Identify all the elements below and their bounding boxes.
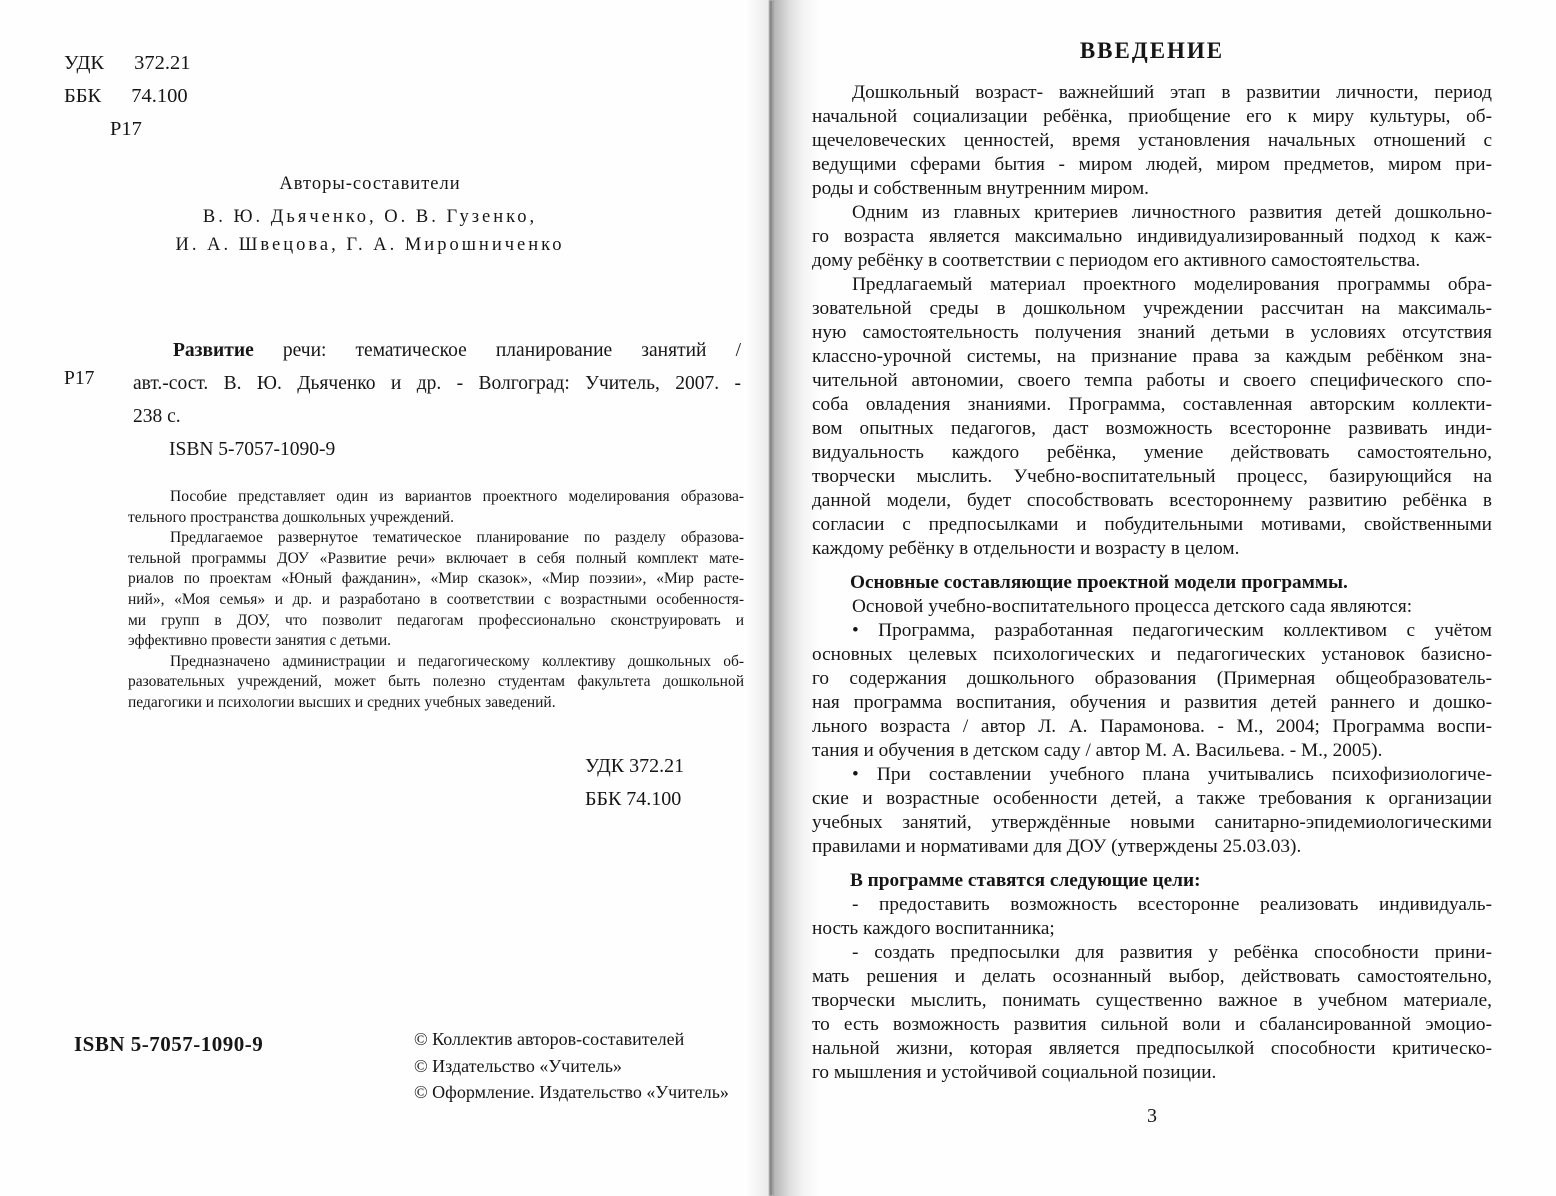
text-line: нальной жизни, которая является предпосы… bbox=[812, 1037, 1492, 1061]
annotation-paragraph-2: Предлагаемое развернутое тематическое пл… bbox=[128, 528, 744, 652]
text-line: Пособие представляет один из вариантов п… bbox=[128, 487, 744, 508]
text-line: ведущими сферами бытия - миром людей, ми… bbox=[812, 153, 1492, 177]
authors-line-2: И. А. Швецова, Г. А. Мирошниченко bbox=[60, 231, 680, 259]
text-line: щечеловеческих ценностей, время установл… bbox=[812, 129, 1492, 153]
text-line: творчески мыслить. Учебно-воспитательный… bbox=[812, 465, 1492, 489]
intro-paragraph-3: Предлагаемый материал проектного моделир… bbox=[812, 273, 1492, 561]
scanned-book-spread: УДК 372.21 ББК 74.100 Р17 Авторы-состави… bbox=[0, 0, 1556, 1196]
text-line: го содержания дошкольного образования (П… bbox=[812, 667, 1492, 691]
goal-paragraph-1: - предоставить возможность всесторонне р… bbox=[812, 893, 1492, 941]
classification-codes: УДК 372.21 ББК 74.100 Р17 bbox=[64, 52, 190, 151]
authors-block: Авторы-составители В. Ю. Дьяченко, О. В.… bbox=[60, 174, 680, 259]
text-line: ная программа воспитания, обучения и раз… bbox=[812, 691, 1492, 715]
text-line: Предназначено администрации и педагогиче… bbox=[128, 652, 744, 673]
text-line: творчески мыслить, понимать существенно … bbox=[812, 989, 1492, 1013]
gutter-shade-left bbox=[746, 0, 769, 1196]
intro-paragraph-2: Одним из главных критериев личностного р… bbox=[812, 201, 1492, 273]
text-line: льного возраста / автор Л. А. Парамонова… bbox=[812, 715, 1492, 739]
isbn-footer: ISBN 5-7057-1090-9 bbox=[74, 1032, 263, 1057]
bbk-value: 74.100 bbox=[131, 85, 187, 108]
biblio-title-bold: Развитие bbox=[173, 340, 254, 361]
biblio-margin-code: Р17 bbox=[64, 368, 94, 390]
text-line: Одним из главных критериев личностного р… bbox=[812, 201, 1492, 225]
udk-value: 372.21 bbox=[134, 52, 190, 75]
text-line: чительной автономии, своего темпа работы… bbox=[812, 369, 1492, 393]
copyright-block: © Коллектив авторов-составителей © Издат… bbox=[414, 1026, 729, 1106]
intro-paragraph-4: Основой учебно-воспитательного процесса … bbox=[812, 595, 1492, 619]
annotation-paragraph-3: Предназначено администрации и педагогиче… bbox=[128, 652, 744, 714]
text-line: • Программа, разработанная педагогически… bbox=[812, 619, 1492, 643]
text-line: зовательной среды в дошкольном учреждени… bbox=[812, 297, 1492, 321]
book-code: Р17 bbox=[110, 118, 142, 141]
text-line: педагогики и психологии высших и средних… bbox=[128, 693, 744, 714]
text-line: то есть возможность развития сильной вол… bbox=[812, 1013, 1492, 1037]
biblio-line-1: Развитие речи: тематическое планирование… bbox=[133, 334, 741, 367]
udk-footer-line-2: ББК 74.100 bbox=[585, 783, 684, 816]
page-title: ВВЕДЕНИЕ bbox=[812, 38, 1492, 64]
text-line: тельного пространства дошкольных учрежде… bbox=[128, 508, 744, 529]
text-line: ний», «Моя семья» и др. и разработано в … bbox=[128, 590, 744, 611]
text-line: тания и обучения в детском саду / автор … bbox=[812, 739, 1492, 763]
book-code-row: Р17 bbox=[64, 118, 190, 141]
udk-code-row: УДК 372.21 bbox=[64, 52, 190, 75]
authors-line-1: В. Ю. Дьяченко, О. В. Гузенко, bbox=[60, 203, 680, 231]
text-line: соба овладения знаниями. Программа, сост… bbox=[812, 393, 1492, 417]
section-heading-goals: В программе ставятся следующие цели: bbox=[812, 869, 1492, 893]
biblio-line-3: 238 с. bbox=[133, 400, 741, 433]
intro-paragraph-1: Дошкольный возраст- важнейший этап в раз… bbox=[812, 81, 1492, 201]
text-line: ские и возрастные особенности детей, а т… bbox=[812, 787, 1492, 811]
bbk-code-row: ББК 74.100 bbox=[64, 85, 190, 108]
text-line: Предлагаемое развернутое тематическое пл… bbox=[128, 528, 744, 549]
copyright-line-3: © Оформление. Издательство «Учитель» bbox=[414, 1079, 729, 1106]
text-line: каждому ребёнку в отдельности и возрасту… bbox=[812, 537, 1492, 561]
goal-paragraph-2: - создать предпосылки для развития у реб… bbox=[812, 941, 1492, 1085]
text-line: го возраста является максимально индивид… bbox=[812, 225, 1492, 249]
text-line: классно-урочной системы, на признание пр… bbox=[812, 345, 1492, 369]
udk-footer-line-1: УДК 372.21 bbox=[585, 750, 684, 783]
text-line: Дошкольный возраст- важнейший этап в раз… bbox=[812, 81, 1492, 105]
copyright-line-2: © Издательство «Учитель» bbox=[414, 1053, 729, 1080]
introduction-page: ВВЕДЕНИЕ Дошкольный возраст- важнейший э… bbox=[812, 38, 1492, 1128]
section-heading-components: Основные составляющие проектной модели п… bbox=[812, 571, 1492, 595]
text-line: го мышления и устойчивой социальной пози… bbox=[812, 1061, 1492, 1085]
text-line: Предлагаемый материал проектного моделир… bbox=[812, 273, 1492, 297]
text-line: эффективно провести занятия с детьми. bbox=[128, 631, 744, 652]
udk-label: УДК bbox=[64, 52, 104, 75]
annotation-block: Пособие представляет один из вариантов п… bbox=[128, 487, 744, 714]
text-line: основных целевых психологических и педаг… bbox=[812, 643, 1492, 667]
page-number: 3 bbox=[812, 1105, 1492, 1128]
text-line: - предоставить возможность всесторонне р… bbox=[812, 893, 1492, 917]
text-line: учебных занятий, утверждённые новыми сан… bbox=[812, 811, 1492, 835]
biblio-title-rest: речи: тематическое планирование занятий … bbox=[254, 340, 741, 361]
udk-footer-block: УДК 372.21 ББК 74.100 bbox=[585, 750, 684, 816]
text-line: разовательных учреждений, может быть пол… bbox=[128, 672, 744, 693]
text-line: данной модели, будет способствовать всес… bbox=[812, 489, 1492, 513]
text-line: Основой учебно-воспитательного процесса … bbox=[812, 595, 1492, 619]
text-line: тельной программы ДОУ «Развитие речи» вк… bbox=[128, 549, 744, 570]
copyright-line-1: © Коллектив авторов-составителей bbox=[414, 1026, 729, 1053]
text-line: правилами и нормативами для ДОУ (утвержд… bbox=[812, 835, 1492, 859]
text-line: согласии с предпосылками и побудительным… bbox=[812, 513, 1492, 537]
bbk-label: ББК bbox=[64, 85, 101, 108]
text-line: • При составлении учебного плана учитыва… bbox=[812, 763, 1492, 787]
biblio-line-2: авт.-сост. В. Ю. Дьяченко и др. - Волгог… bbox=[133, 367, 741, 400]
text-line: ность каждого воспитанника; bbox=[812, 917, 1492, 941]
text-line: мать решения и делать осознанный выбор, … bbox=[812, 965, 1492, 989]
authors-caption: Авторы-составители bbox=[60, 174, 680, 195]
bibliographic-entry: Развитие речи: тематическое планирование… bbox=[133, 334, 741, 466]
text-line: роды и собственным внутренним миром. bbox=[812, 177, 1492, 201]
annotation-paragraph-1: Пособие представляет один из вариантов п… bbox=[128, 487, 744, 528]
text-line: ную самостоятельность получения знаний д… bbox=[812, 321, 1492, 345]
text-line: начальной социализации ребёнка, приобщен… bbox=[812, 105, 1492, 129]
text-line: риалов по проектам «Юный фажданин», «Мир… bbox=[128, 569, 744, 590]
text-line: ми групп в ДОУ, что позволит педагогам п… bbox=[128, 611, 744, 632]
text-line: дому ребёнку в соответствии с периодом е… bbox=[812, 249, 1492, 273]
text-line: вом опытных педагогов, даст возможность … bbox=[812, 417, 1492, 441]
text-line: видуальность каждого ребёнка, умение дей… bbox=[812, 441, 1492, 465]
text-line: - создать предпосылки для развития у реб… bbox=[812, 941, 1492, 965]
bullet-paragraph-1: • Программа, разработанная педагогически… bbox=[812, 619, 1492, 763]
bullet-paragraph-2: • При составлении учебного плана учитыва… bbox=[812, 763, 1492, 859]
biblio-isbn: ISBN 5-7057-1090-9 bbox=[133, 433, 741, 466]
